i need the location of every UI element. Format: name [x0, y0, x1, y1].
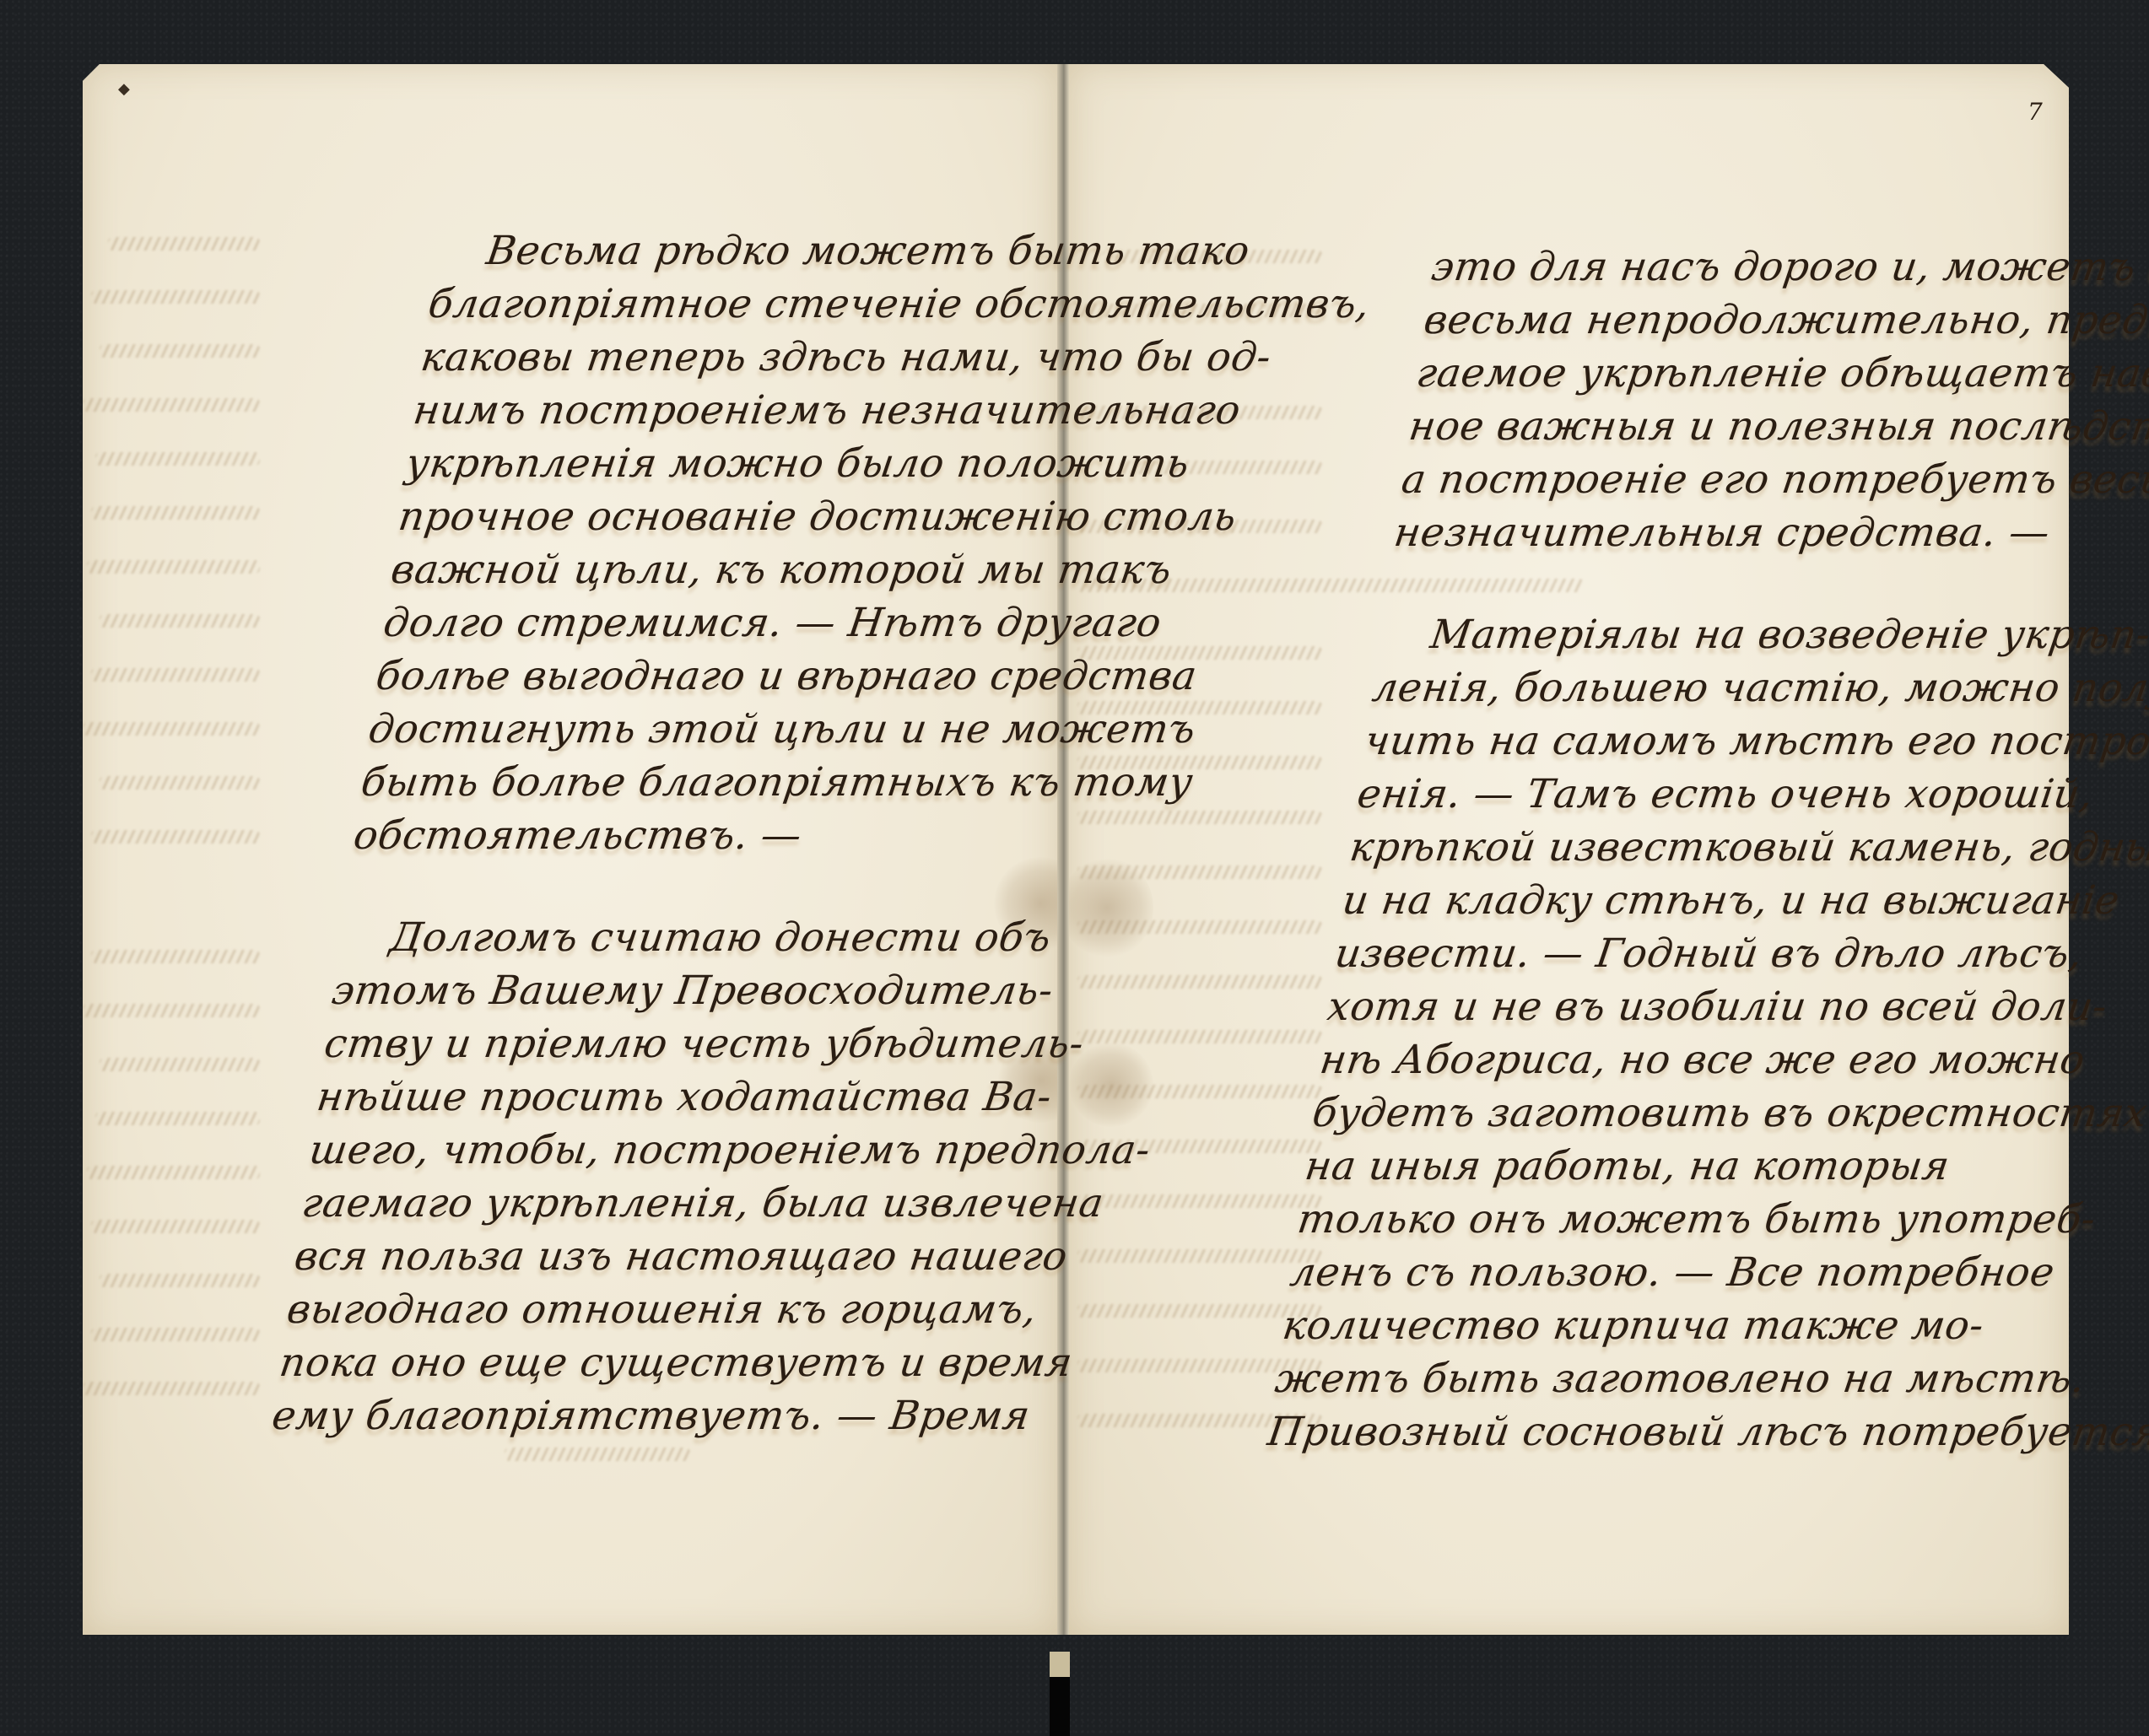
paragraph: это для насъ дорого и, можетъ быть, весь… [1390, 240, 2149, 559]
bleed-through-line [83, 722, 260, 736]
bleed-through-line [100, 614, 260, 628]
text-line: ему благопріятствуетъ. — Время [269, 1389, 1218, 1442]
text-line: количество кирпича также мо- [1279, 1299, 2149, 1352]
text-line: на иныя работы, на которыя [1302, 1140, 2149, 1193]
bleed-through-line [91, 950, 260, 963]
text-line: пока оно еще существуетъ и время [276, 1336, 1224, 1389]
text-line: это для насъ дорого и, можетъ быть, [1428, 240, 2149, 294]
text-line: ству и пріемлю честь убѣдитель- [321, 1017, 1270, 1070]
paragraph-gap [1384, 559, 2149, 608]
text-line: ное важныя и полезныя послѣдствія; [1406, 400, 2149, 453]
text-line: быть болѣе благопріятныхъ къ тому [358, 756, 1306, 809]
text-line: только онъ можетъ быть употреб- [1294, 1193, 2149, 1246]
text-line: достигнуть этой цѣли и не можетъ [365, 703, 1314, 756]
bleed-through-line [95, 1112, 260, 1125]
text-line: чить на самомъ мѣстѣ его постро- [1362, 714, 2149, 768]
bleed-through-line [83, 398, 260, 412]
text-line: незначительныя средства. — [1390, 506, 2149, 559]
left-page-text: Весьма рѣдко можетъ быть тако благопріят… [269, 224, 1381, 1442]
bleed-through-line [100, 1058, 260, 1071]
text-line: извести. — Годный въ дѣло лѣсъ, [1331, 927, 2149, 980]
text-line: енія. — Тамъ есть очень хорошій, [1354, 768, 2149, 821]
text-line: выгоднаго отношенія къ горцамъ, [283, 1283, 1232, 1336]
text-line: нѣ Абогриса, но все же его можно [1317, 1033, 2149, 1086]
bleed-through-line [91, 830, 260, 844]
text-line: вся польза изъ настоящаго нашего [291, 1230, 1239, 1283]
text-line: Долгомъ считаю донести объ [336, 911, 1284, 964]
bleed-through-line [91, 290, 260, 304]
bleed-through-line [91, 1328, 260, 1341]
text-line: шего, чтобы, построеніемъ предпола- [306, 1124, 1255, 1177]
paragraph-gap [343, 862, 1291, 911]
bleed-through-line [91, 668, 260, 682]
bleed-through-line [83, 1004, 260, 1017]
bleed-through-line [91, 1220, 260, 1233]
text-line: будетъ заготовить въ окрестностяхъ [1309, 1086, 2149, 1140]
text-line: важной цѣли, къ которой мы такъ [387, 543, 1336, 596]
text-line: обстоятельствъ. — [350, 809, 1299, 862]
text-line: весьма непродолжительно, предпола- [1421, 294, 2149, 347]
text-line: крѣпкой известковый камень, годный [1347, 821, 2149, 874]
bleed-through-line [100, 344, 260, 358]
bleed-through-line [87, 1166, 260, 1179]
text-line: Матеріялы на возведеніе укрѣп- [1376, 608, 2149, 661]
text-line: гаемое укрѣпленіе обѣщаетъ навѣр- [1413, 347, 2149, 400]
text-line: жетъ быть заготовлено на мѣстѣ. [1272, 1352, 2149, 1405]
page-number: 7 [2028, 98, 2043, 126]
text-line: ленія, большею частію, можно полу- [1369, 661, 2149, 714]
text-line: болѣе выгоднаго и вѣрнаго средства [373, 650, 1321, 703]
text-line: и на кладку стѣнъ, и на выжиганіе [1339, 874, 2149, 927]
paragraph: Долгомъ считаю донести объ этомъ Вашему … [269, 911, 1285, 1442]
text-line: благопріятное стеченіе обстоятельствъ, [425, 278, 1374, 331]
text-line: нѣйше просить ходатайства Ва- [314, 1070, 1262, 1124]
bleed-through-line [108, 237, 260, 251]
text-line: каковы теперь здѣсь нами, что бы од- [418, 331, 1366, 384]
text-line: Привозный сосновый лѣсъ потребуется [1265, 1405, 2149, 1458]
text-line: прочное основаніе достиженію столь [395, 490, 1343, 543]
bleed-through-line [91, 506, 260, 520]
bleed-through-line [100, 1274, 260, 1287]
bleed-through-line [505, 1448, 690, 1461]
bleed-through-line [95, 452, 260, 466]
paragraph: Весьма рѣдко можетъ быть тако благопріят… [350, 224, 1380, 862]
text-line: а построеніе его потребуетъ весьма [1398, 453, 2149, 506]
paragraph: Матеріялы на возведеніе укрѣп- ленія, бо… [1265, 608, 2149, 1458]
spine-tear [1050, 1652, 1070, 1736]
bleed-through-line [100, 776, 260, 790]
text-line: Весьма рѣдко можетъ быть тако [433, 224, 1381, 278]
bleed-through-line [87, 560, 260, 574]
text-line: нимъ построеніемъ незначительнаго [410, 384, 1358, 437]
text-line: укрѣпленія можно было положить [402, 437, 1351, 490]
text-line: хотя и не въ изобиліи по всей доли- [1324, 980, 2149, 1033]
text-line: гаемаго укрѣпленія, была извлечена [299, 1177, 1247, 1230]
ink-blot: ◆ [118, 80, 130, 98]
text-line: ленъ съ пользою. — Все потребное [1287, 1246, 2149, 1299]
text-line: этомъ Вашему Превосходитель- [328, 964, 1277, 1017]
bleed-through-line [83, 1382, 260, 1395]
text-line: долго стремимся. — Нѣтъ другаго [381, 596, 1329, 650]
